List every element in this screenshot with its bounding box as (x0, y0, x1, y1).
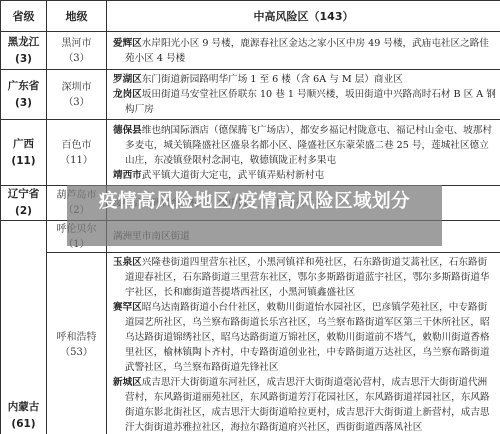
area-text: 水岸阳光小区 9 号楼，鹿源春社区金达之家小区中房 49 号楼，武庙屯社区之路佳… (125, 38, 489, 64)
city-count: （11） (47, 153, 106, 168)
area-entry: 罗湖区东门街道新园路明华广场 1 至 6 楼（含 6A 与 M 层）商业区 (113, 72, 496, 87)
areas-cell: 爱辉区水岸阳光小区 9 号楼，鹿源春社区金达之家小区中房 49 号楼，武庙屯社区… (107, 32, 500, 70)
area-text: 东门街道新园路明华广场 1 至 6 楼（含 6A 与 M 层）商业区 (142, 74, 403, 85)
table-row: 广西 (11) 百色市 （11） 德保县维也纳国际酒店（德保腾飞广场店），都安乡… (1, 120, 500, 186)
province-count: (61) (1, 416, 46, 433)
area-text: 兴隆巷街道四里营东社区，小黑河镇祥和苑社区，石东路街道艾蒿社区，石东路街道迎春社… (125, 257, 490, 298)
areas-cell: 玉泉区兴隆巷街道四里营东社区，小黑河镇祥和苑社区，石东路街道艾蒿社区，石东路街道… (107, 253, 500, 434)
city-cell: 呼和浩特 （53） (47, 253, 107, 434)
province-cell: 内蒙古 (61) (1, 221, 47, 434)
header-province: 省级 (1, 1, 47, 32)
area-text: 维也纳国际酒店（德保腾飞广场店），都安乡福记村陇意屯、福记村山金屯、坡那村多麦屯… (125, 125, 492, 166)
city-count: （53） (47, 345, 106, 360)
city-name: 黑河市 (47, 36, 106, 51)
district-name: 玉泉区 (113, 257, 142, 268)
table-row: 广东省 (3) 深圳市 （3） 罗湖区东门街道新园路明华广场 1 至 6 楼（含… (1, 70, 500, 120)
table-row: 黑龙江 (3) 黑河市 （3） 爱辉区水岸阳光小区 9 号楼，鹿源春社区金达之家… (1, 32, 500, 70)
area-entry: 爱辉区水岸阳光小区 9 号楼，鹿源春社区金达之家小区中房 49 号楼，武庙屯社区… (113, 36, 496, 66)
city-cell: 黑河市 （3） (47, 32, 107, 70)
district-name: 新城区 (113, 377, 142, 388)
overlay-title: 疫情高风险地区/疫情高风险区域划分 (67, 189, 442, 215)
area-entry: 德保县维也纳国际酒店（德保腾飞广场店），都安乡福记村陇意屯、福记村山金屯、坡那村… (113, 123, 496, 168)
province-count: (3) (1, 95, 46, 112)
city-cell: 百色市 （11） (47, 120, 107, 186)
province-count: (11) (1, 153, 46, 170)
area-entry: 靖西市武平镇大道街大定屯，武平镇弄贴村新村屯 (113, 168, 496, 183)
table-header-row: 省级 地级 中高风险区（143） (1, 1, 500, 32)
province-count: (2) (1, 203, 46, 220)
city-name: 百色市 (47, 138, 106, 153)
area-entry: 龙岗区坂田街道马安堂社区侨联东 10 巷 1 号顺兴楼，坂田街道中兴路高时石材 … (113, 87, 496, 117)
province-name: 广西 (1, 136, 46, 153)
province-name: 黑龙江 (1, 34, 46, 51)
areas-cell: 德保县维也纳国际酒店（德保腾飞广场店），都安乡福记村陇意屯、福记村山金屯、坡那村… (107, 120, 500, 186)
area-text: 坂田街道马安堂社区侨联东 10 巷 1 号顺兴楼，坂田街道中兴路高时石材 B 区… (125, 89, 496, 115)
province-name: 内蒙古 (1, 399, 46, 416)
title-overlay-banner: 疫情高风险地区/疫情高风险区域划分 (67, 185, 442, 246)
district-name: 德保县 (113, 125, 142, 136)
district-name: 靖西市 (113, 170, 142, 181)
city-count: （3） (47, 95, 106, 110)
areas-cell: 罗湖区东门街道新园路明华广场 1 至 6 楼（含 6A 与 M 层）商业区 龙岗… (107, 70, 500, 120)
district-name: 赛罕区 (113, 302, 142, 313)
area-entry: 玉泉区兴隆巷街道四里营东社区，小黑河镇祥和苑社区，石东路街道艾蒿社区，石东路街道… (113, 255, 496, 300)
province-cell: 辽宁省 (2) (1, 186, 47, 221)
city-name: 呼和浩特 (47, 330, 106, 345)
city-count: （3） (47, 51, 106, 66)
province-name: 辽宁省 (1, 186, 46, 203)
table-row: 呼和浩特 （53） 玉泉区兴隆巷街道四里营东社区，小黑河镇祥和苑社区，石东路街道… (1, 253, 500, 434)
city-name: 深圳市 (47, 80, 106, 95)
area-entry: 新城区成吉思汗大街街道东河社区，成吉思汗大街街道毫沁营村，成吉思汗大街街道代洲营… (113, 375, 496, 434)
province-cell: 广东省 (3) (1, 70, 47, 120)
area-text: 昭乌达南路街道小台什社区，敕勒川街道怡水园社区，巴彦镇学苑社区，中专路街道园艺所… (125, 302, 490, 373)
province-name: 广东省 (1, 78, 46, 95)
header-city: 地级 (47, 1, 107, 32)
district-name: 罗湖区 (113, 74, 142, 85)
district-name: 龙岗区 (113, 89, 142, 100)
district-name: 爱辉区 (113, 38, 142, 49)
city-cell: 深圳市 （3） (47, 70, 107, 120)
area-entry: 赛罕区昭乌达南路街道小台什社区，敕勒川街道怡水园社区，巴彦镇学苑社区，中专路街道… (113, 300, 496, 375)
province-cell: 黑龙江 (3) (1, 32, 47, 70)
province-count: (3) (1, 51, 46, 68)
area-text: 武平镇大道街大定屯，武平镇弄贴村新村屯 (142, 170, 324, 181)
province-cell: 广西 (11) (1, 120, 47, 186)
area-text: 成吉思汗大街街道东河社区，成吉思汗大街街道毫沁营村，成吉思汗大街街道代洲营村，东… (125, 377, 490, 433)
header-areas: 中高风险区（143） (107, 1, 500, 32)
